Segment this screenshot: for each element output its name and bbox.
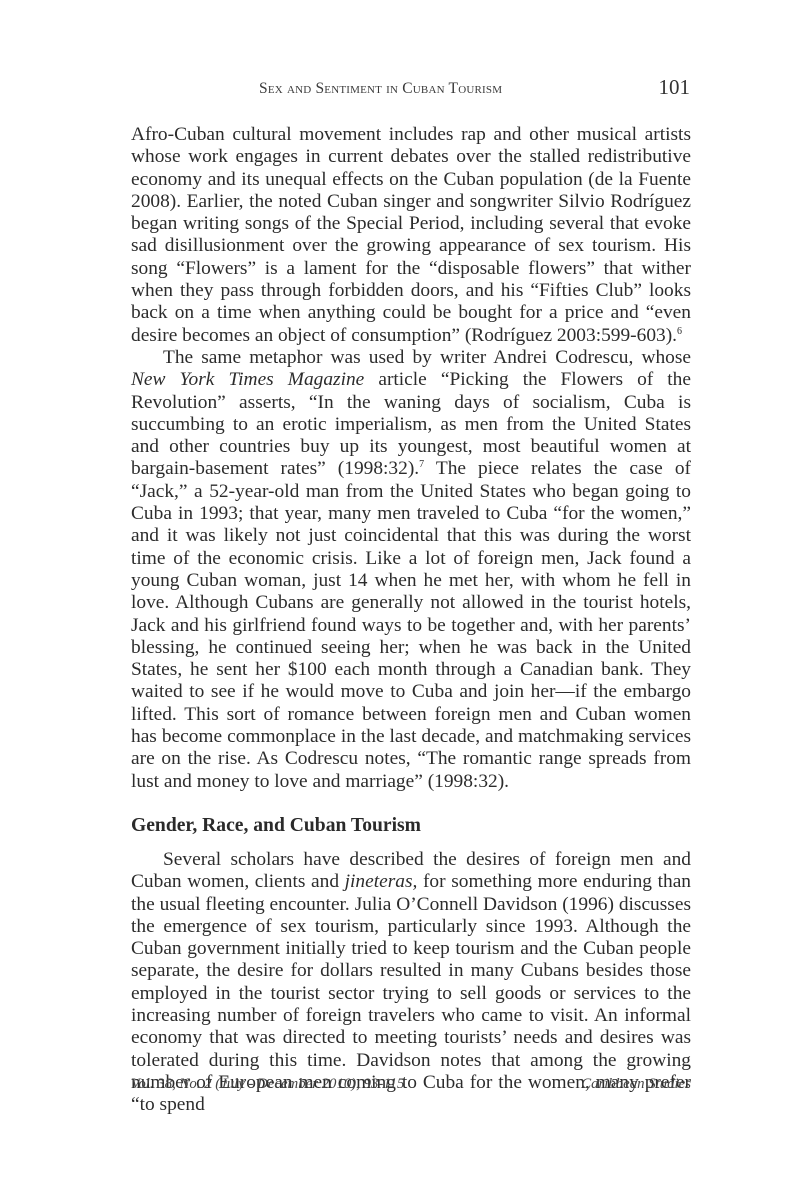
paragraph-continued: Afro-Cuban cultural movement includes ra… (131, 124, 691, 347)
publication-title: New York Times Magazine (131, 369, 364, 390)
running-head: Sex and Sentiment in Cuban Tourism 101 (131, 74, 690, 102)
running-title: Sex and Sentiment in Cuban Tourism (259, 80, 502, 98)
italic-term: jineteras, (345, 871, 418, 892)
page-number: 101 (659, 75, 691, 100)
body-text: Afro-Cuban cultural movement includes ra… (131, 124, 691, 1116)
footer-journal: Caribbean Studies (581, 1076, 691, 1093)
footer-citation: Vol. 38, No. 2 (July - December 2010), 9… (131, 1076, 404, 1093)
paragraph-codrescu: The same metaphor was used by writer And… (131, 347, 691, 793)
footnote-marker-6: 6 (677, 326, 682, 337)
section-heading: Gender, Race, and Cuban Tourism (131, 814, 691, 838)
